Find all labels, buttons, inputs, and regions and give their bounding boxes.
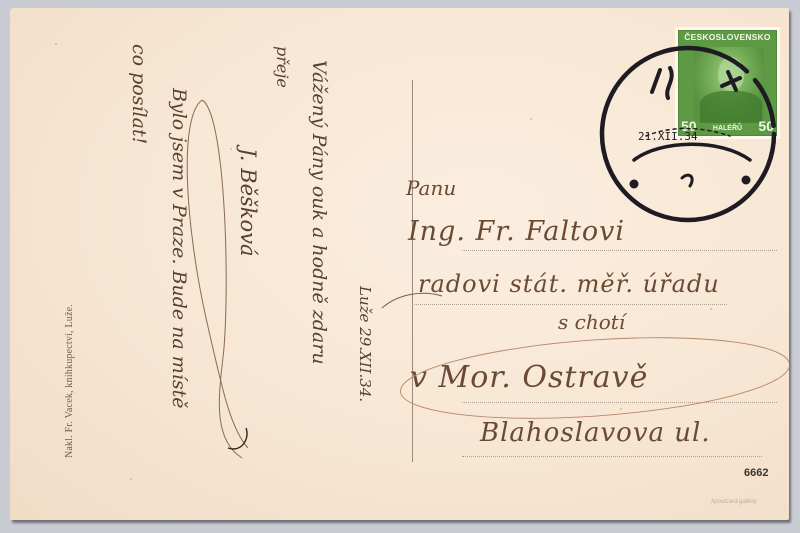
address-with-wife: s chotí	[558, 310, 625, 334]
stamp-portrait-icon	[694, 47, 764, 121]
address-street: Blahoslavova ul.	[480, 418, 711, 448]
catalog-number: 6662	[744, 467, 768, 479]
address-title: radovi stát. měř. úřadu	[418, 270, 720, 298]
address-recipient: Ing. Fr. Faltovi	[408, 216, 625, 247]
message-line-5: co posílat!	[128, 44, 150, 144]
address-city: v Mor. Ostravě	[410, 360, 648, 395]
address-salutation: Panu	[406, 176, 456, 200]
stamp-country: ČESKOSLOVENSKO	[679, 32, 776, 42]
stamp-value-right: 50	[758, 118, 774, 134]
message-place-date: Luže 29.XII.34.	[356, 286, 374, 402]
paper-speck	[130, 478, 132, 480]
postage-stamp: ČESKOSLOVENSKO 50 HALÉŘŮ 50	[675, 27, 780, 139]
address-line-3	[462, 402, 777, 403]
postcard-back: Nakl. Fr. Vacek, knihkupectví, Luže. Pan…	[10, 8, 789, 520]
paper-speck	[530, 118, 532, 120]
paper-speck	[710, 308, 712, 310]
publisher-imprint: Nakl. Fr. Vacek, knihkupectví, Luže.	[64, 304, 75, 458]
address-line-4	[462, 456, 762, 457]
stamp-value-left: 50	[681, 118, 697, 134]
paper-speck	[55, 43, 57, 45]
message-line-2: přeje	[273, 46, 292, 88]
address-line-2	[412, 304, 727, 305]
watermark: #postcard.gallery	[711, 499, 757, 505]
message-signature: J. Běšková	[236, 148, 260, 257]
paper-speck	[620, 408, 622, 410]
paper-speck	[230, 148, 232, 150]
stamp-denomination: HALÉŘŮ	[701, 125, 754, 132]
message-line-1: Vážený Pány ouk a hodně zdaru	[308, 60, 330, 365]
message-line-4: Bylo jsem v Praze. Bude na místě	[168, 88, 190, 408]
address-divider-line	[412, 80, 413, 462]
address-line-1	[462, 250, 777, 251]
stamp-body: ČESKOSLOVENSKO 50 HALÉŘŮ 50	[678, 30, 777, 136]
